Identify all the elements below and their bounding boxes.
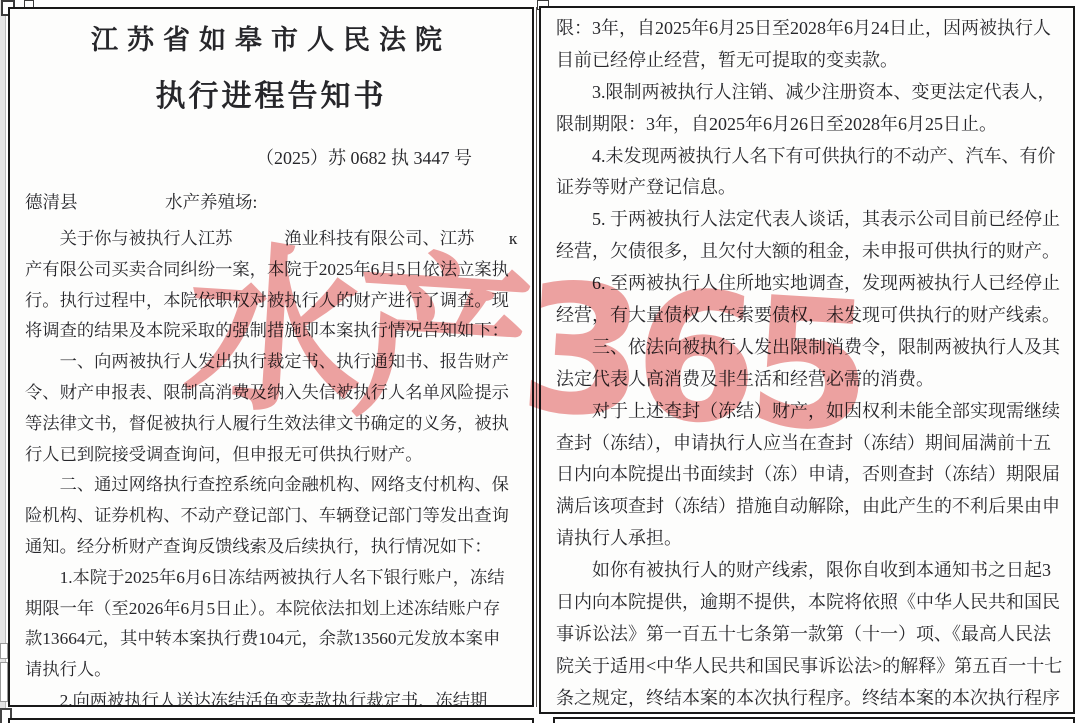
notice-page-1: 江苏省如皋市人民法院 执行进程告知书 （2025）苏 0682 执 3447 号… xyxy=(8,7,534,707)
left-edge-strip xyxy=(0,0,6,723)
text-line: 产有限公司买卖合同纠纷一案，本院于2025年6月5日依法立案执 xyxy=(25,255,518,286)
next-page-left-top-edge xyxy=(8,718,534,723)
text-line: 险机构、证券机构、不动产登记部门、车辆登记部门等发出查询 xyxy=(25,501,518,532)
text-line: 行。执行过程中，本院依职权对被执行人的财产进行了调查。现 xyxy=(25,286,518,317)
edge-notch xyxy=(0,643,8,659)
page-fold-line xyxy=(536,7,537,707)
text-line: 经营，有大量债权人在索要债权，未发现可供执行的财产线索。 xyxy=(556,300,1059,332)
scanned-document-viewer: 江苏省如皋市人民法院 执行进程告知书 （2025）苏 0682 执 3447 号… xyxy=(0,0,1080,723)
text-line: 对于上述查封（冻结）财产，如因权利未能全部实现需继续 xyxy=(556,396,1059,428)
text-line: 1.本院于2025年6月6日冻结两被执行人名下银行账户，冻结 xyxy=(25,563,518,594)
text-line: 满后该项查封（冻结）措施自动解除，由此产生的不利后果由申 xyxy=(556,491,1059,523)
case-number: （2025）苏 0682 执 3447 号 xyxy=(10,146,532,170)
text-line: 日内向本院提供，逾期不提供，本院将依照《中华人民共和国民 xyxy=(556,587,1059,619)
text-line: 院关于适用<中华人民共和国民事诉讼法>的解释》第五百一十七 xyxy=(556,651,1059,683)
document-title: 执行进程告知书 xyxy=(10,76,532,118)
text-line: 请执行人承担。 xyxy=(556,523,1059,555)
text-line: 将调查的结果及本院采取的强制措施即本案执行情况告知如下： xyxy=(25,316,518,347)
text-line: 经营，欠债很多，且欠付大额的租金，未申报可供执行的财产。 xyxy=(556,236,1059,268)
text-line: 令、财产申报表、限制高消费及纳入失信被执行人名单风险提示 xyxy=(25,378,518,409)
text-line: 日内向本院提出书面续封（冻）申请，否则查封（冻结）期限届 xyxy=(556,459,1059,491)
text-line: 请执行人。 xyxy=(25,655,518,686)
court-name: 江苏省如皋市人民法院 xyxy=(10,22,532,58)
text-line: 三、依法向被执行人发出限制消费令，限制两被执行人及其 xyxy=(556,332,1059,364)
page1-body-text: 关于你与被执行人江苏 渔业科技有限公司、江苏 к产有限公司买卖合同纠纷一案，本院… xyxy=(10,224,532,707)
text-line: 条之规定，终结本案的本次执行程序。终结本案的本次执行程序 xyxy=(556,683,1059,714)
text-line: 限：3年，自2025年6月25日至2028年6月24日止，因两被执行人 xyxy=(556,13,1059,45)
text-line: 目前已经停止经营，暂无可提取的变卖款。 xyxy=(556,45,1059,77)
text-line: 二、通过网络执行查控系统向金融机构、网络支付机构、保 xyxy=(25,470,518,501)
text-line: 通知。经分析财产查询反馈线索及后续执行，执行情况如下： xyxy=(25,532,518,563)
text-line: 等法律文书，督促被执行人履行生效法律文书确定的义务，被执 xyxy=(25,409,518,440)
text-line: 行人已到院接受调查询问，但申报无可供执行财产。 xyxy=(25,440,518,471)
text-line: 期限一年（至2026年6月5日止）。本院依法扣划上述冻结账户存 xyxy=(25,594,518,625)
edge-notch xyxy=(0,662,8,702)
text-line: 一、向两被执行人发出执行裁定书、执行通知书、报告财产 xyxy=(25,347,518,378)
text-line: 事诉讼法》第一百五十七条第一款第（十一）项、《最高人民法 xyxy=(556,619,1059,651)
text-line: 4.未发现两被执行人名下有可供执行的不动产、汽车、有价 xyxy=(556,141,1059,173)
notice-page-2: 限：3年，自2025年6月25日至2028年6月24日止，因两被执行人目前已经停… xyxy=(539,6,1075,714)
next-page-right-top-edge xyxy=(553,717,1075,723)
text-line: 3.限制两被执行人注销、减少注册资本、变更法定代表人， xyxy=(556,77,1059,109)
page2-body-text: 限：3年，自2025年6月25日至2028年6月24日止，因两被执行人目前已经停… xyxy=(541,8,1073,714)
text-line: 款13664元，其中转本案执行费104元，余款13560元发放本案申 xyxy=(25,624,518,655)
text-line: 限制期限：3年，自2025年6月26日至2028年6月25日止。 xyxy=(556,109,1059,141)
text-line: 2.向两被执行人送达冻结活鱼变卖款执行裁定书，冻结期 xyxy=(25,686,518,707)
text-line: 如你有被执行人的财产线索，限你自收到本通知书之日起3 xyxy=(556,555,1059,587)
text-line: 6. 至两被执行人住所地实地调查，发现两被执行人已经停止 xyxy=(556,268,1059,300)
text-line: 证券等财产登记信息。 xyxy=(556,172,1059,204)
text-line: 法定代表人高消费及非生活和经营必需的消费。 xyxy=(556,364,1059,396)
addressee-line: 德清县 水产养殖场: xyxy=(10,190,532,214)
text-line: 5. 于两被执行人法定代表人谈话，其表示公司目前已经停止 xyxy=(556,204,1059,236)
text-line: 关于你与被执行人江苏 渔业科技有限公司、江苏 к xyxy=(25,224,518,255)
text-line: 查封（冻结），申请执行人应当在查封（冻结）期间届满前十五 xyxy=(556,428,1059,460)
